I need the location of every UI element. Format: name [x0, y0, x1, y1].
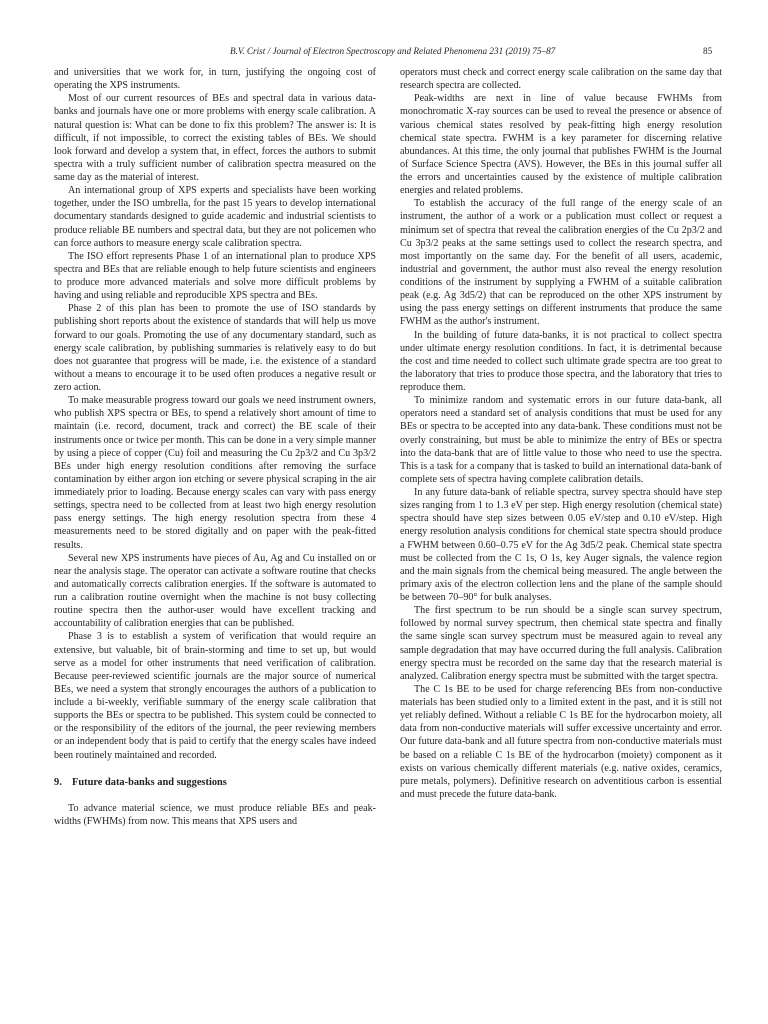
paragraph: To advance material science, we must pro…: [54, 802, 376, 828]
right-column: operators must check and correct energy …: [400, 66, 722, 801]
journal-page: B.V. Crist / Journal of Electron Spectro…: [0, 0, 768, 1024]
paragraph: The C 1s BE to be used for charge refere…: [400, 683, 722, 801]
paragraph: An international group of XPS experts an…: [54, 184, 376, 250]
paragraph: and universities that we work for, in tu…: [54, 66, 376, 92]
left-column: and universities that we work for, in tu…: [54, 66, 376, 828]
section-heading: 9.Future data-banks and suggestions: [54, 776, 376, 789]
paragraph: In the building of future data-banks, it…: [400, 329, 722, 395]
paragraph: Phase 2 of this plan has been to promote…: [54, 302, 376, 394]
paragraph: To minimize random and systematic errors…: [400, 394, 722, 486]
paragraph: To make measurable progress toward our g…: [54, 394, 376, 552]
paragraph: Peak-widths are next in line of value be…: [400, 92, 722, 197]
paragraph: Most of our current resources of BEs and…: [54, 92, 376, 184]
page-number: 85: [703, 46, 712, 56]
paragraph: Several new XPS instruments have pieces …: [54, 552, 376, 631]
section-title: Future data-banks and suggestions: [72, 777, 227, 788]
journal-citation: B.V. Crist / Journal of Electron Spectro…: [230, 46, 555, 56]
paragraph: The first spectrum to be run should be a…: [400, 604, 722, 683]
paragraph: In any future data-bank of reliable spec…: [400, 486, 722, 604]
paragraph: Phase 3 is to establish a system of veri…: [54, 630, 376, 761]
running-head: B.V. Crist / Journal of Electron Spectro…: [0, 46, 768, 60]
paragraph: The ISO effort represents Phase 1 of an …: [54, 250, 376, 303]
paragraph: operators must check and correct energy …: [400, 66, 722, 92]
paragraph: To establish the accuracy of the full ra…: [400, 197, 722, 328]
section-number: 9.: [54, 776, 72, 789]
